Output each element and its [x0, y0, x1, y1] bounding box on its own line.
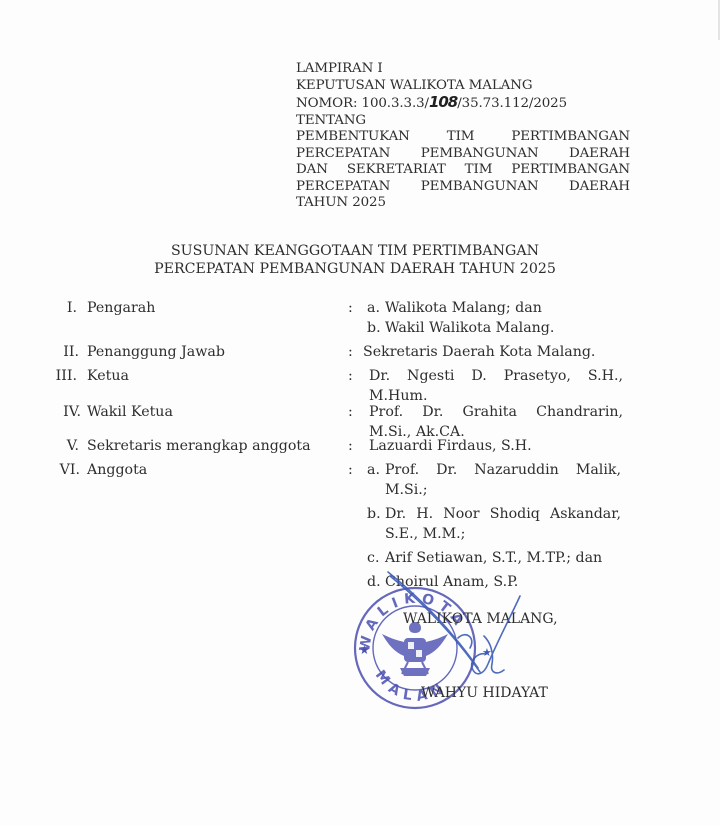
- row-number: V.: [23, 436, 79, 456]
- row-role: Pengarah: [87, 298, 155, 318]
- svg-text:★: ★: [359, 643, 370, 657]
- row-role: Wakil Ketua: [87, 402, 173, 422]
- attachment-header: LAMPIRAN I KEPUTUSAN WALIKOTA MALANG NOM…: [296, 61, 630, 212]
- row-value: Dr. Ngesti D. Prasetyo, S.H., M.Hum.: [369, 366, 623, 406]
- list-item: b.Wakil Walikota Malang.: [367, 318, 621, 338]
- list-item: b.Dr. H. Noor Shodiq Askandar,S.E., M.M.…: [367, 504, 621, 544]
- svg-text:★: ★: [482, 646, 492, 659]
- subject-line-2: PERCEPATAN PEMBANGUNAN DAERAH: [296, 146, 630, 163]
- subject-year: TAHUN 2025: [296, 195, 630, 212]
- handwritten-number: 108: [429, 93, 457, 111]
- row-value: Sekretaris Daerah Kota Malang.: [363, 342, 617, 362]
- row-colon: :: [348, 298, 353, 318]
- title-line-2: PERCEPATAN PEMBANGUNAN DAERAH TAHUN 2025: [100, 260, 610, 278]
- subject-line-4: PERCEPATAN PEMBANGUNAN DAERAH: [296, 179, 630, 196]
- row-number: I.: [21, 298, 77, 318]
- decree-number-prefix: NOMOR: 100.3.3.3/: [296, 96, 429, 111]
- list-item: c.Arif Setiawan, S.T., M.TP.; dan: [367, 548, 621, 568]
- list-item: a.Walikota Malang; dan: [367, 298, 621, 318]
- row-number: II.: [23, 342, 79, 362]
- row-value: Lazuardi Firdaus, S.H.: [369, 436, 623, 456]
- decree-number-suffix: /35.73.112/2025: [457, 96, 567, 111]
- row-colon: :: [348, 436, 353, 456]
- attachment-label: LAMPIRAN I: [296, 61, 630, 78]
- about-label: TENTANG: [296, 113, 630, 130]
- row-number: IV.: [25, 402, 81, 422]
- document-page: LAMPIRAN I KEPUTUSAN WALIKOTA MALANG NOM…: [0, 0, 720, 826]
- decree-number: NOMOR: 100.3.3.3/108/35.73.112/2025: [296, 94, 630, 113]
- list-item: a.Prof. Dr. Nazaruddin Malik,M.Si.;: [367, 460, 621, 500]
- row-role: Sekretaris merangkap anggota: [87, 436, 311, 456]
- decree-label: KEPUTUSAN WALIKOTA MALANG: [296, 78, 630, 95]
- row-value: a.Walikota Malang; dan b.Wakil Walikota …: [367, 298, 621, 338]
- row-number: III.: [21, 366, 77, 386]
- row-colon: :: [348, 460, 353, 480]
- document-title: SUSUNAN KEANGGOTAAN TIM PERTIMBANGAN PER…: [100, 242, 610, 278]
- subject-line-1: PEMBENTUKAN TIM PERTIMBANGAN: [296, 129, 630, 146]
- row-role: Penanggung Jawab: [87, 342, 225, 362]
- row-colon: :: [348, 342, 353, 362]
- row-role: Ketua: [87, 366, 129, 386]
- row-number: VI.: [24, 460, 80, 480]
- row-role: Anggota: [87, 460, 147, 480]
- row-colon: :: [348, 402, 353, 422]
- row-colon: :: [348, 366, 353, 386]
- handwritten-signature-icon: ★: [380, 568, 540, 698]
- subject-line-3: DAN SEKRETARIAT TIM PERTIMBANGAN: [296, 162, 630, 179]
- title-line-1: SUSUNAN KEANGGOTAAN TIM PERTIMBANGAN: [100, 242, 610, 260]
